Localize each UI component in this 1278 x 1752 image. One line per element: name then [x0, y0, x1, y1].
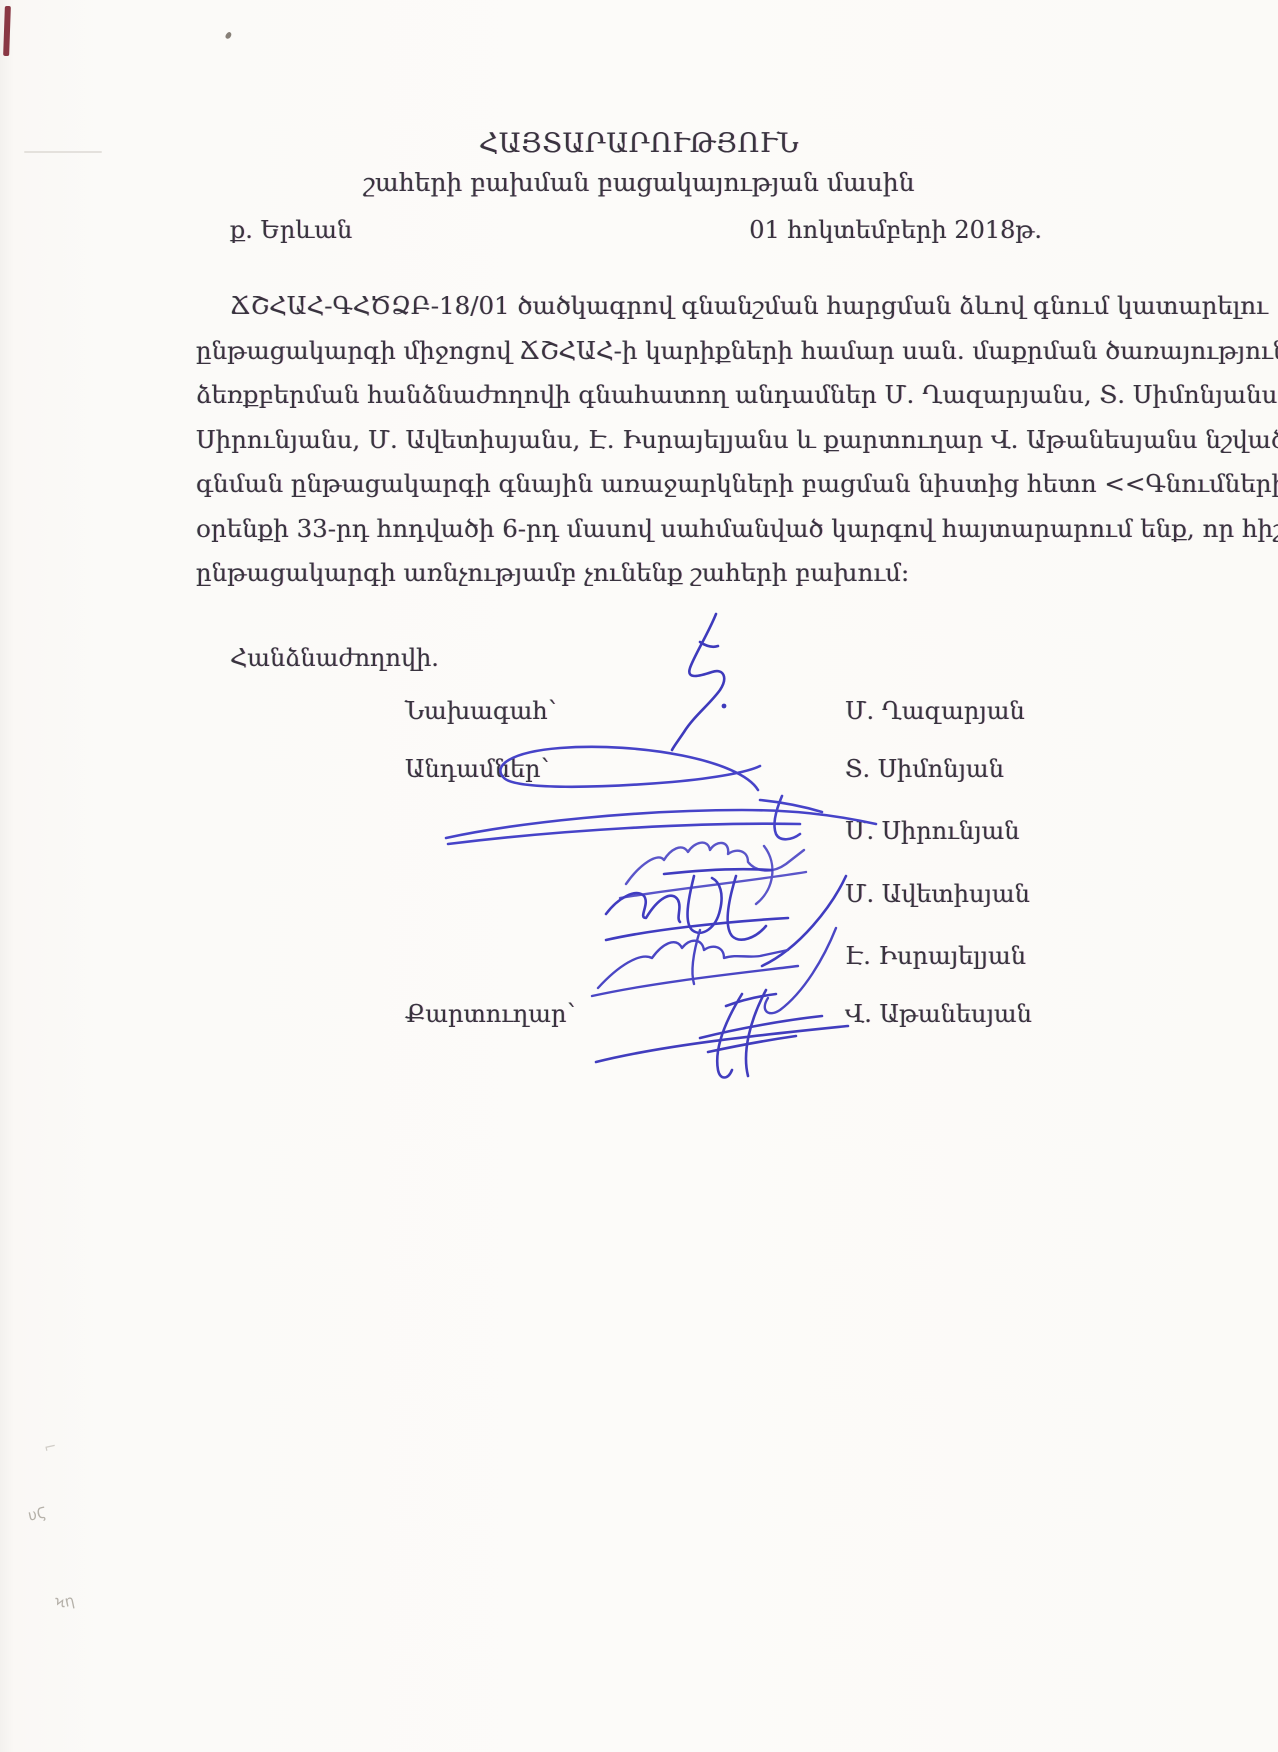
signature-row: Մ. Սիրունյան — [405, 817, 1075, 845]
body-line: Սիրունյանս, Մ. Ավետիսյանս, Է. Իսրայելյան… — [196, 418, 1075, 463]
signature-row: Է. Իսրայելյան — [405, 942, 1075, 970]
body-line: ՃՇՀԱՀ-ԳՀԾՁԲ-18/01 ծածկագրով գնանշման հար… — [196, 284, 1075, 329]
role-secretary: Քարտուղար՝ — [405, 1000, 845, 1028]
role-members: Անդամներ՝ — [405, 755, 845, 783]
body-line: օրենքի 33-րդ հոդվածի 6-րդ մասով սահմանվա… — [196, 507, 1075, 552]
body-line: գնման ընթացակարգի գնային առաջարկների բաց… — [196, 462, 1075, 507]
date-label: 01 հոկտեմբերի 2018թ. — [749, 216, 1042, 244]
body-line: ընթացակարգի առնչությամբ չունենք շահերի բ… — [196, 551, 1075, 596]
document-subtitle: շահերի բախման բացակայության մասին — [0, 168, 1278, 197]
place-date-row: ք. Երևան 01 հոկտեմբերի 2018թ. — [230, 216, 1042, 244]
role-chairman: Նախագահ՝ — [405, 697, 845, 725]
signature-row: Մ. Ավետիսյան — [405, 880, 1075, 908]
body-line: ընթացակարգի միջոցով ՃՇՀԱՀ-ի կարիքների հա… — [196, 329, 1075, 374]
role-blank — [405, 880, 845, 908]
signer-name: Է. Իսրայելյան — [845, 942, 1075, 970]
signer-name: Մ. Սիրունյան — [845, 817, 1075, 845]
signature-row: Նախագահ՝ Մ. Ղազարյան — [405, 697, 1075, 725]
role-blank — [405, 817, 845, 845]
declaration-body: ՃՇՀԱՀ-ԳՀԾՁԲ-18/01 ծածկագրով գնանշման հար… — [196, 284, 1075, 596]
document-title: ՀԱՅՏԱՐԱՐՈՒԹՅՈՒՆ — [0, 128, 1278, 159]
pencil-mark: υϚ — [26, 1503, 48, 1524]
signature-row: Անդամներ՝ Տ. Սիմոնյան — [405, 755, 1075, 783]
role-blank — [405, 942, 845, 970]
body-line: ձեռքբերման հանձնաժողովի գնահատող անդամնե… — [196, 373, 1075, 418]
commission-label: Հանձնաժողովի. — [230, 644, 439, 672]
signature-row: Քարտուղար՝ Վ. Աթանեսյան — [405, 1000, 1075, 1028]
signer-name: Մ. Ավետիսյան — [845, 880, 1075, 908]
signer-name: Տ. Սիմոնյան — [845, 755, 1075, 783]
signer-name: Մ. Ղազարյան — [845, 697, 1075, 725]
place-label: ք. Երևան — [230, 216, 352, 244]
signer-name: Վ. Աթանեսյան — [845, 1000, 1075, 1028]
scanned-paper — [0, 0, 1278, 1752]
